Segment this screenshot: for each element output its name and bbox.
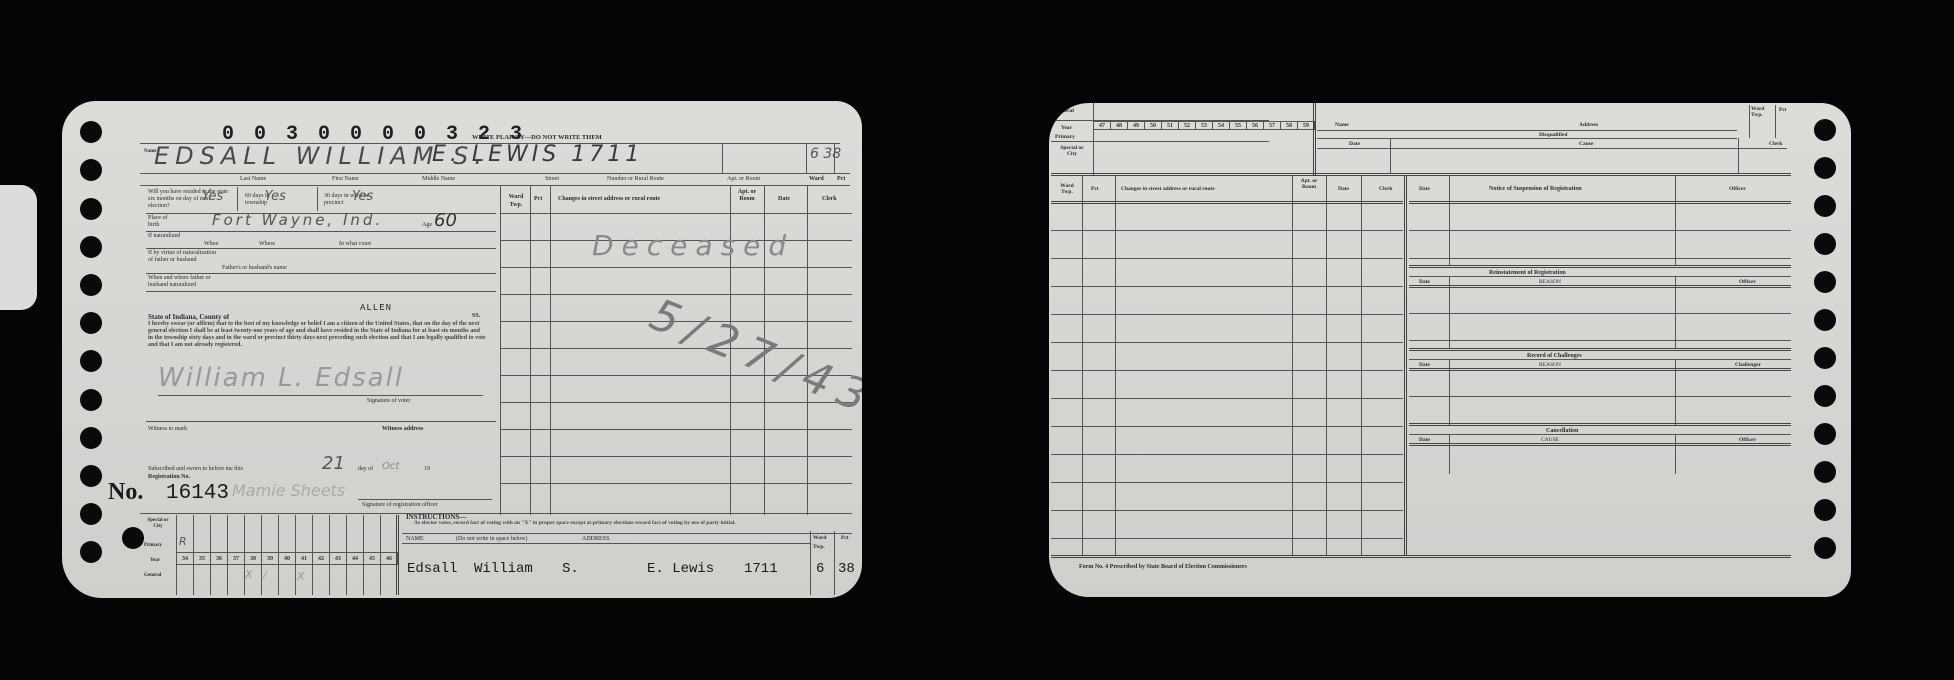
divider: [1051, 510, 1403, 511]
year-cell: 37: [227, 553, 244, 564]
back-cause-label: Cause: [1579, 140, 1593, 148]
subscribed-month: Oct: [382, 461, 399, 472]
col-first-name: First Name: [332, 175, 359, 184]
divider: [1409, 201, 1791, 204]
divider: [396, 515, 399, 595]
witness-label: Witness to mark: [148, 425, 187, 434]
punch-hole: [1814, 423, 1836, 445]
back-address-label: Address: [1579, 121, 1598, 129]
divider: [346, 515, 347, 595]
divider: [1409, 396, 1791, 397]
punch-hole: [80, 350, 102, 372]
year-cell: 45: [363, 553, 380, 564]
year-cell: 53: [1195, 122, 1212, 129]
divider: [500, 185, 501, 515]
year-cell: 41: [295, 553, 312, 564]
primary-mark: R: [179, 535, 187, 548]
divider: [193, 515, 194, 595]
changes-header-ward: Ward Twp.: [504, 193, 528, 209]
back-changes-date: Date: [1338, 185, 1349, 193]
back-changes-apt: Apt. or Room: [1295, 178, 1323, 190]
virtue-label: If by virtue of naturalization of father…: [148, 250, 218, 264]
divider: [1675, 434, 1676, 474]
year-cell: 59: [1297, 122, 1314, 129]
year-cell: 44: [346, 553, 363, 564]
back-pct-label: Pct: [1779, 106, 1787, 114]
divider: [1082, 175, 1083, 555]
col-ward: Ward: [809, 175, 824, 184]
punch-hole: [80, 465, 102, 487]
divider: [550, 185, 551, 515]
name-header: NAME: [406, 535, 424, 543]
divider: [358, 499, 492, 500]
col-pct: Pct: [837, 175, 845, 184]
address-handwritten: E. LEWIS 1711: [432, 142, 643, 167]
divider: [1409, 265, 1791, 268]
naturalized-label: If naturalized: [148, 233, 188, 240]
year-cell: 51: [1161, 122, 1178, 129]
divider: [1093, 103, 1094, 175]
divider: [380, 515, 381, 595]
divider: [500, 483, 852, 484]
divider: [1775, 105, 1776, 138]
divider: [1409, 423, 1791, 426]
divider: [278, 515, 279, 595]
divider: [1449, 276, 1450, 348]
divider: [1449, 175, 1450, 265]
divider: [1409, 230, 1791, 231]
divider: [1409, 443, 1791, 446]
divider: [500, 213, 852, 214]
divider: [1051, 482, 1403, 483]
ss-label: SS.: [472, 312, 480, 320]
divider: [500, 267, 852, 268]
year-cell: 57: [1263, 122, 1280, 129]
divider: [1051, 286, 1403, 287]
typed-first-name: William: [474, 561, 533, 577]
divider: [500, 429, 852, 430]
year-cell: 47: [1093, 122, 1110, 129]
year-cell: 46: [380, 553, 397, 564]
divider: [1317, 130, 1737, 131]
deceased-date: 5/27/43: [643, 289, 862, 426]
divider: [1675, 276, 1676, 348]
divider: [1409, 434, 1791, 435]
divider: [402, 543, 810, 544]
back-label-special: Special or City: [1057, 145, 1087, 157]
deceased-note: Deceased: [592, 229, 794, 262]
adjacent-card-edge: [0, 185, 37, 310]
divider: [1409, 285, 1791, 288]
back-clerk-label: Clerk: [1769, 140, 1782, 148]
divider: [722, 143, 723, 173]
divider: [1326, 175, 1327, 555]
year-cell: 52: [1178, 122, 1195, 129]
divider: [146, 248, 496, 249]
punch-hole: [1814, 537, 1836, 559]
divider: [834, 531, 835, 595]
divider: [1409, 313, 1791, 314]
voter-signature: William L. Edsall: [158, 363, 404, 393]
punch-hole: [80, 236, 102, 258]
ward-header: Ward Twp.: [813, 534, 833, 552]
punch-hole: [80, 312, 102, 334]
divider: [140, 513, 852, 514]
divider: [210, 515, 211, 595]
divider: [140, 173, 850, 174]
divider: [1051, 454, 1403, 455]
year-cell: 38: [244, 553, 261, 564]
divider: [1675, 175, 1676, 265]
general-mark: X: [297, 570, 305, 583]
back-changes-clerk: Clerk: [1379, 185, 1392, 193]
divider: [261, 515, 262, 595]
punch-hole: [1814, 233, 1836, 255]
officer-signature: Mamie Sheets: [232, 481, 345, 500]
punch-hole: [80, 541, 102, 563]
grid-label-general: General: [144, 572, 161, 580]
grid-label-primary: Primary: [144, 542, 162, 550]
registration-card-front: 0 0 3 0 0 0 0 3 2 3 WRITE PLAINLY—DO NOT…: [62, 101, 862, 598]
back-label-year: Year: [1061, 124, 1072, 132]
year-cell: 55: [1229, 122, 1246, 129]
divider: [1409, 348, 1791, 351]
punch-hole: [1814, 195, 1836, 217]
divider: [530, 185, 531, 515]
divider: [1051, 370, 1403, 371]
typed-middle-name: S.: [562, 561, 579, 577]
witness-address-label: Witness address: [382, 425, 423, 434]
divider: [1051, 201, 1403, 204]
registration-card-back: General Year Primary Special or City 47 …: [1049, 103, 1851, 597]
back-changes-street: Changes in street address or rural route: [1121, 185, 1215, 193]
divider: [1409, 340, 1791, 341]
form-footer: Form No. 4 Prescribed by State Board of …: [1079, 563, 1247, 571]
divider: [176, 515, 177, 595]
divider: [295, 515, 296, 595]
changes-header-street: Changes in street address or rural route: [558, 195, 660, 203]
divider: [1449, 359, 1450, 425]
year-cell: 49: [1127, 122, 1144, 129]
divider: [146, 273, 496, 274]
col-street: Street: [545, 175, 559, 184]
signature-of-voter-label: Signature of voter: [367, 397, 410, 406]
year-cell: 56: [1246, 122, 1263, 129]
divider: [1675, 359, 1676, 425]
punch-hole: [1814, 461, 1836, 483]
county-value: ALLEN: [360, 303, 392, 313]
place-of-birth-value: Fort Wayne, Ind.: [212, 211, 383, 229]
punch-hole: [80, 198, 102, 220]
back-changes-ward: Ward Twp.: [1055, 183, 1079, 195]
year-cell: 48: [1110, 122, 1127, 129]
divider: [1409, 359, 1791, 360]
divider: [1051, 342, 1403, 343]
ward-handwritten: 6 38: [810, 146, 841, 162]
age-value: 60: [434, 210, 457, 231]
divider: [1317, 138, 1737, 139]
punch-hole: [80, 503, 102, 525]
general-mark: X: [245, 568, 253, 581]
divider: [1390, 138, 1391, 173]
divider: [1361, 175, 1362, 555]
divider: [1738, 138, 1739, 173]
father-name-label: Father's or husband's name: [222, 264, 287, 273]
year-label: 19: [424, 465, 430, 474]
answer-yes-marks: Yes Yes Yes: [202, 189, 373, 204]
official-signature-label: Signature of registration officer: [362, 501, 438, 510]
year-cell: 40: [278, 553, 295, 564]
divider: [810, 531, 811, 595]
grid-label-special: Special or City: [144, 518, 172, 530]
divider: [1404, 175, 1407, 555]
divider: [500, 402, 852, 403]
divider: [158, 395, 483, 396]
punch-hole: [1814, 309, 1836, 331]
divider: [806, 143, 807, 173]
divider: [1409, 258, 1791, 259]
divider: [146, 421, 496, 422]
divider: [1051, 538, 1403, 539]
divider: [1051, 426, 1403, 427]
divider: [1292, 175, 1293, 555]
punch-hole: [1814, 271, 1836, 293]
top-instruction: WRITE PLAINLY—DO NOT WRITE THEM: [472, 134, 602, 142]
back-label-general: General: [1055, 107, 1074, 115]
typed-last-name: Edsall: [407, 561, 457, 577]
divider: [1051, 230, 1403, 231]
punch-hole: [1814, 347, 1836, 369]
divider: [1449, 434, 1450, 474]
back-date-label: Date: [1349, 140, 1360, 148]
year-cell: 50: [1144, 122, 1161, 129]
punch-hole: [1814, 119, 1836, 141]
divider: [312, 515, 313, 595]
changes-header-clerk: Clerk: [822, 195, 837, 203]
age-label: Age: [422, 221, 432, 230]
instructions-text: As elector votes, record fact of voting …: [414, 520, 834, 527]
col-last-name: Last Name: [240, 175, 266, 184]
divider: [227, 515, 228, 595]
punch-hole: [80, 389, 102, 411]
place-of-birth-label: Place of birth: [148, 215, 178, 229]
divider: [1051, 258, 1403, 259]
back-year-row: 47 48 49 50 51 52 53 54 55 56 57 58 59: [1093, 121, 1316, 130]
back-changes-pct: Pct: [1091, 185, 1099, 193]
col-apt: Apt. or Room: [727, 175, 760, 184]
punch-hole: [80, 427, 102, 449]
suspension-notice-header: Notice of Suspension of Registration: [1489, 185, 1582, 193]
general-mark: /: [263, 570, 266, 581]
subscribed-day: 21: [322, 453, 345, 474]
punch-hole: [1814, 499, 1836, 521]
oath-text: I hereby swear (or affirm) that to the b…: [148, 321, 486, 349]
divider: [1051, 141, 1269, 142]
typed-street: E. Lewis: [647, 561, 714, 577]
changes-header-apt: Apt. or Room: [732, 189, 762, 202]
suspension-officer-header: Officer: [1729, 185, 1746, 193]
divider: [140, 185, 850, 186]
back-label-primary: Primary: [1055, 133, 1075, 141]
changes-header-pct: Pct: [534, 195, 542, 203]
divider: [1051, 173, 1791, 176]
registration-no-label: Registration No.: [148, 473, 190, 482]
divider: [1409, 276, 1791, 277]
registration-number: 16143: [166, 482, 229, 505]
typed-pct: 38: [838, 561, 855, 577]
divider: [244, 515, 245, 595]
punch-hole: [122, 527, 144, 549]
number-prefix: No.: [108, 479, 143, 506]
divider: [1313, 103, 1316, 175]
divider: [1115, 175, 1116, 555]
back-name-label: Name: [1335, 121, 1349, 129]
divider: [146, 231, 496, 232]
divider: [1051, 398, 1403, 399]
divider: [1409, 368, 1791, 371]
col-middle-name: Middle Name: [422, 175, 455, 184]
typed-number: 1711: [744, 561, 778, 577]
year-cell: 42: [312, 553, 329, 564]
suspension-date-header: Date: [1419, 185, 1430, 193]
divider: [1051, 314, 1403, 315]
divider: [1051, 555, 1791, 558]
grid-label-year: Year: [150, 557, 160, 565]
year-cell: 54: [1212, 122, 1229, 129]
punch-hole: [1814, 157, 1836, 179]
state-county-label: State of Indiana, County of: [148, 313, 229, 321]
year-cell: 34: [176, 553, 193, 564]
pct-header: Pct: [841, 534, 849, 542]
divider: [1749, 105, 1750, 138]
year-cell: 43: [329, 553, 346, 564]
divider: [146, 291, 496, 292]
changes-header-date: Date: [778, 195, 790, 203]
divider: [1317, 148, 1787, 149]
divider: [402, 533, 852, 534]
year-cell: 58: [1280, 122, 1297, 129]
divider: [363, 515, 364, 595]
punch-hole: [80, 121, 102, 143]
col-number: Number or Rural Route: [607, 175, 664, 184]
punch-hole: [80, 159, 102, 181]
father-when-where: When and where father or husband natural…: [148, 275, 228, 289]
divider: [500, 456, 852, 457]
back-ward-label: Ward Twp.: [1751, 106, 1773, 118]
year-cell: 36: [210, 553, 227, 564]
punch-hole: [80, 274, 102, 296]
year-cell: 35: [193, 553, 210, 564]
year-cell: 39: [261, 553, 278, 564]
divider: [329, 515, 330, 595]
punch-hole: [1814, 385, 1836, 407]
typed-ward: 6: [816, 561, 824, 577]
day-of-label: day of: [358, 465, 373, 474]
